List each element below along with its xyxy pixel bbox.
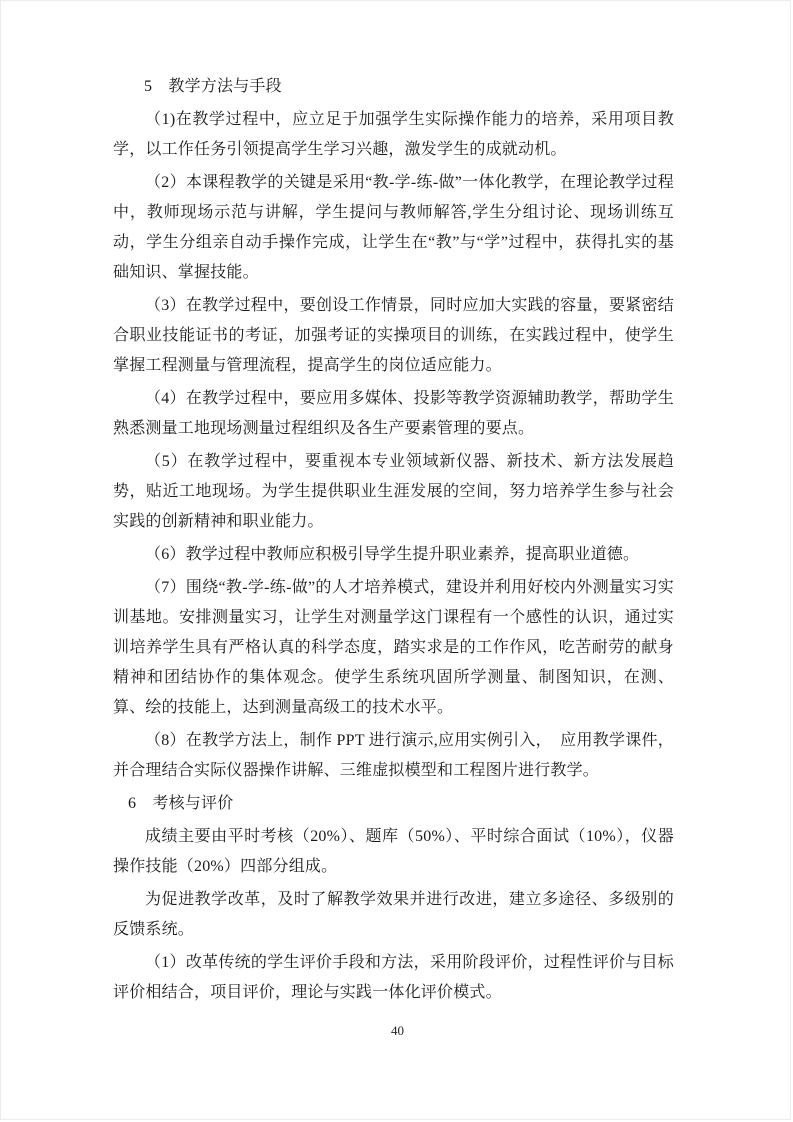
- paragraph: （5）在教学过程中，要重视本专业领域新仪器、新技术、新方法发展趋势，贴近工地现场…: [113, 447, 674, 537]
- page-number: 40: [1, 1023, 793, 1039]
- paragraph: （6）教学过程中教师应积极引导学生提升职业素养，提高职业道德。: [113, 540, 674, 570]
- document-body: 5 教学方法与手段（1)在教学过程中，应立足于加强学生实际操作能力的培养，采用项…: [113, 72, 674, 1011]
- paragraph: （4）在教学过程中，要应用多媒体、投影等教学资源辅助教学，帮助学生熟悉测量工地现…: [113, 384, 674, 444]
- paragraph: （2）本课程教学的关键是采用“教-学-练-做”一体化教学，在理论教学过程中，教师…: [113, 168, 674, 288]
- paragraph: （1）改革传统的学生评价手段和方法，采用阶段评价，过程性评价与目标评价相结合，项…: [113, 948, 674, 1008]
- paragraph: （8）在教学方法上，制作 PPT 进行演示,应用实例引入， 应用教学课件，并合理…: [113, 726, 674, 786]
- paragraph: （3）在教学过程中，要创设工作情景，同时应加大实践的容量，要紧密结合职业技能证书…: [113, 291, 674, 381]
- paragraph: 为促进教学改革，及时了解教学效果并进行改进，建立多途径、多级别的反馈系统。: [113, 885, 674, 945]
- section-heading: 5 教学方法与手段: [113, 72, 674, 102]
- section-heading: 6 考核与评价: [113, 789, 674, 819]
- document-page: 5 教学方法与手段（1)在教学过程中，应立足于加强学生实际操作能力的培养，采用项…: [0, 0, 791, 1120]
- paragraph: （7）围绕“教-学-练-做”的人才培养模式，建设并利用好校内外测量实习实训基地。…: [113, 573, 674, 723]
- paragraph: （1)在教学过程中，应立足于加强学生实际操作能力的培养，采用项目教学，以工作任务…: [113, 105, 674, 165]
- paragraph: 成绩主要由平时考核（20%）、题库（50%）、平时综合面试（10%），仪器操作技…: [113, 822, 674, 882]
